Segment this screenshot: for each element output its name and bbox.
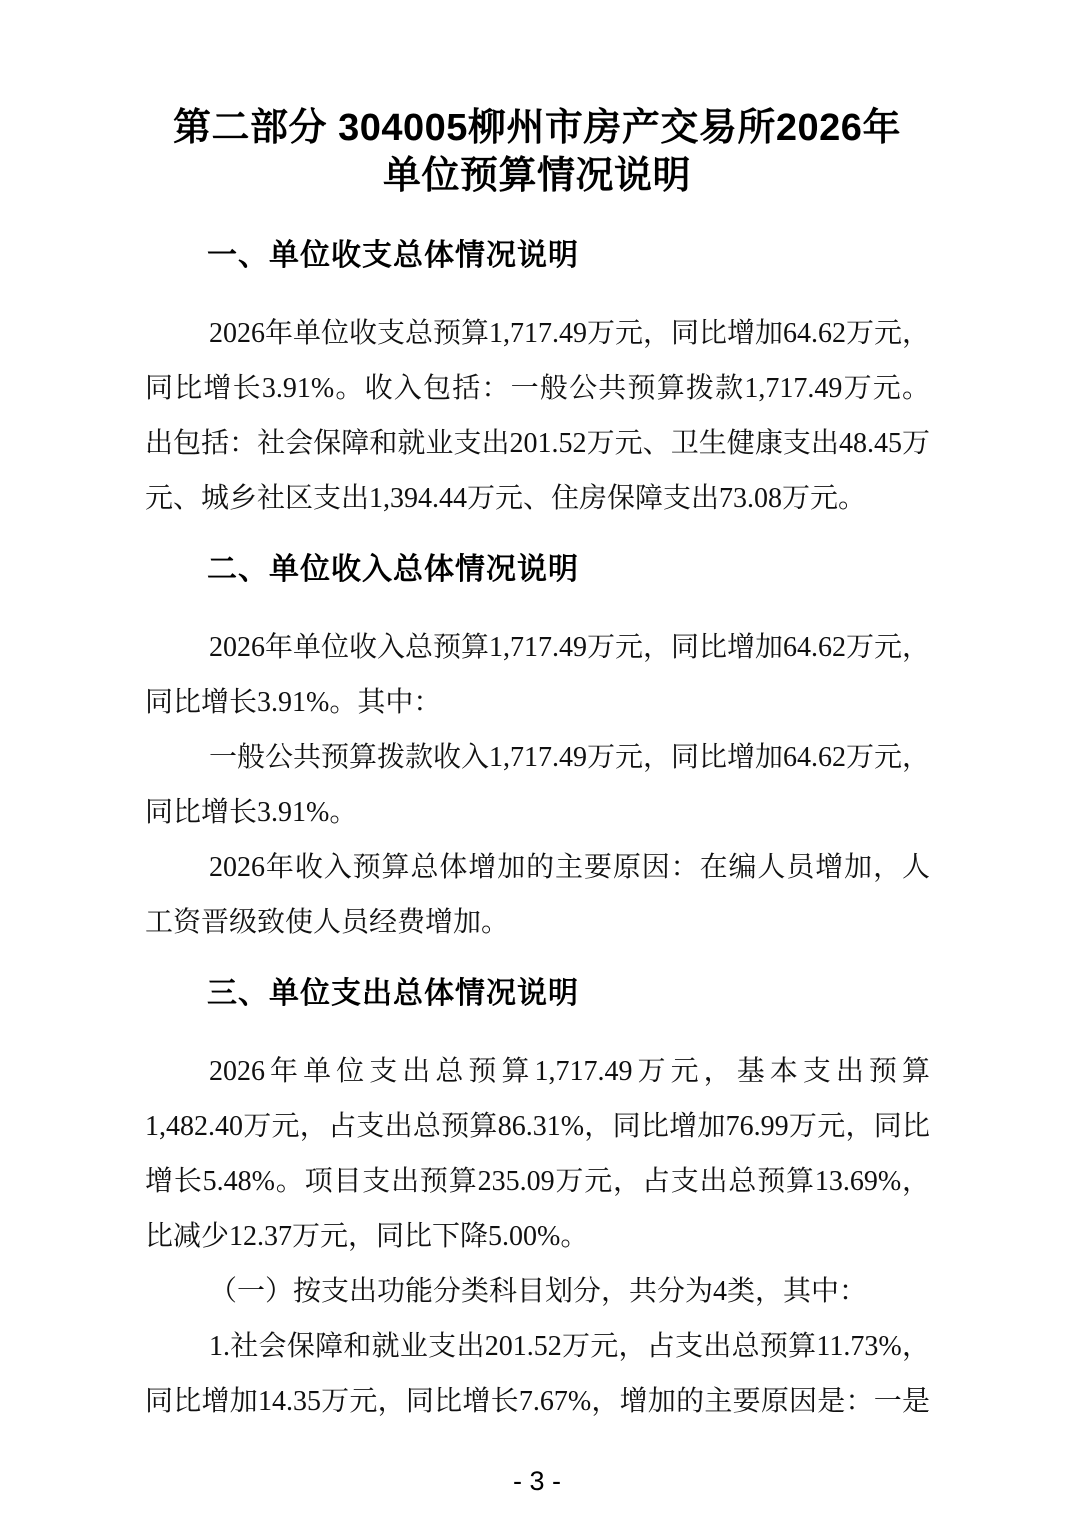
body-line: 同比增加14.35万元，同比增长7.67%，增加的主要原因是：一是 bbox=[145, 1374, 930, 1429]
body-line: 同比增长3.91%。收入包括：一般公共预算拨款1,717.49万元。支 bbox=[145, 361, 930, 416]
body-line: 2026年单位支出总预算1,717.49万元，基本支出预算 bbox=[145, 1044, 930, 1099]
body-line: 同比增长3.91%。其中： bbox=[145, 675, 930, 730]
body-line: 同比增长3.91%。 bbox=[145, 785, 930, 840]
body-line: 2026年收入预算总体增加的主要原因：在编人员增加，人员 bbox=[145, 840, 930, 895]
body-line: 工资晋级致使人员经费增加。 bbox=[145, 895, 930, 950]
body-line: 比减少12.37万元，同比下降5.00%。 bbox=[145, 1209, 930, 1264]
page-footer: - 3 - bbox=[0, 1466, 1074, 1497]
document-title-line-1: 第二部分 304005柳州市房产交易所2026年 bbox=[0, 104, 1074, 152]
document-title: 第二部分 304005柳州市房产交易所2026年 单位预算情况说明 bbox=[0, 0, 1074, 200]
section-heading-1: 一、单位收支总体情况说明 bbox=[207, 238, 930, 274]
body-line: 2026年单位收支总预算1,717.49万元，同比增加64.62万元， bbox=[145, 306, 930, 361]
document-title-line-2: 单位预算情况说明 bbox=[0, 152, 1074, 200]
body-line: 出包括：社会保障和就业支出201.52万元、卫生健康支出48.45万 bbox=[145, 416, 930, 471]
body-line: 一般公共预算拨款收入1,717.49万元，同比增加64.62万元， bbox=[145, 730, 930, 785]
body-line: 2026年单位收入总预算1,717.49万元，同比增加64.62万元， bbox=[145, 620, 930, 675]
section-heading-2: 二、单位收入总体情况说明 bbox=[207, 552, 930, 588]
body-line: 增长5.48%。项目支出预算235.09万元，占支出总预算13.69%，同 bbox=[145, 1154, 930, 1209]
document-page: 第二部分 304005柳州市房产交易所2026年 单位预算情况说明 一、单位收支… bbox=[0, 0, 1074, 1520]
page-number: - 3 - bbox=[513, 1466, 561, 1496]
document-body: 一、单位收支总体情况说明 2026年单位收支总预算1,717.49万元，同比增加… bbox=[145, 238, 930, 1429]
body-line: 1.社会保障和就业支出201.52万元，占支出总预算11.73%， bbox=[145, 1319, 930, 1374]
section-heading-3: 三、单位支出总体情况说明 bbox=[207, 976, 930, 1012]
body-line: 1,482.40万元，占支出总预算86.31%，同比增加76.99万元，同比 bbox=[145, 1099, 930, 1154]
body-line: （一）按支出功能分类科目划分，共分为4类，其中： bbox=[145, 1264, 930, 1319]
body-line: 元、城乡社区支出1,394.44万元、住房保障支出73.08万元。 bbox=[145, 471, 930, 526]
